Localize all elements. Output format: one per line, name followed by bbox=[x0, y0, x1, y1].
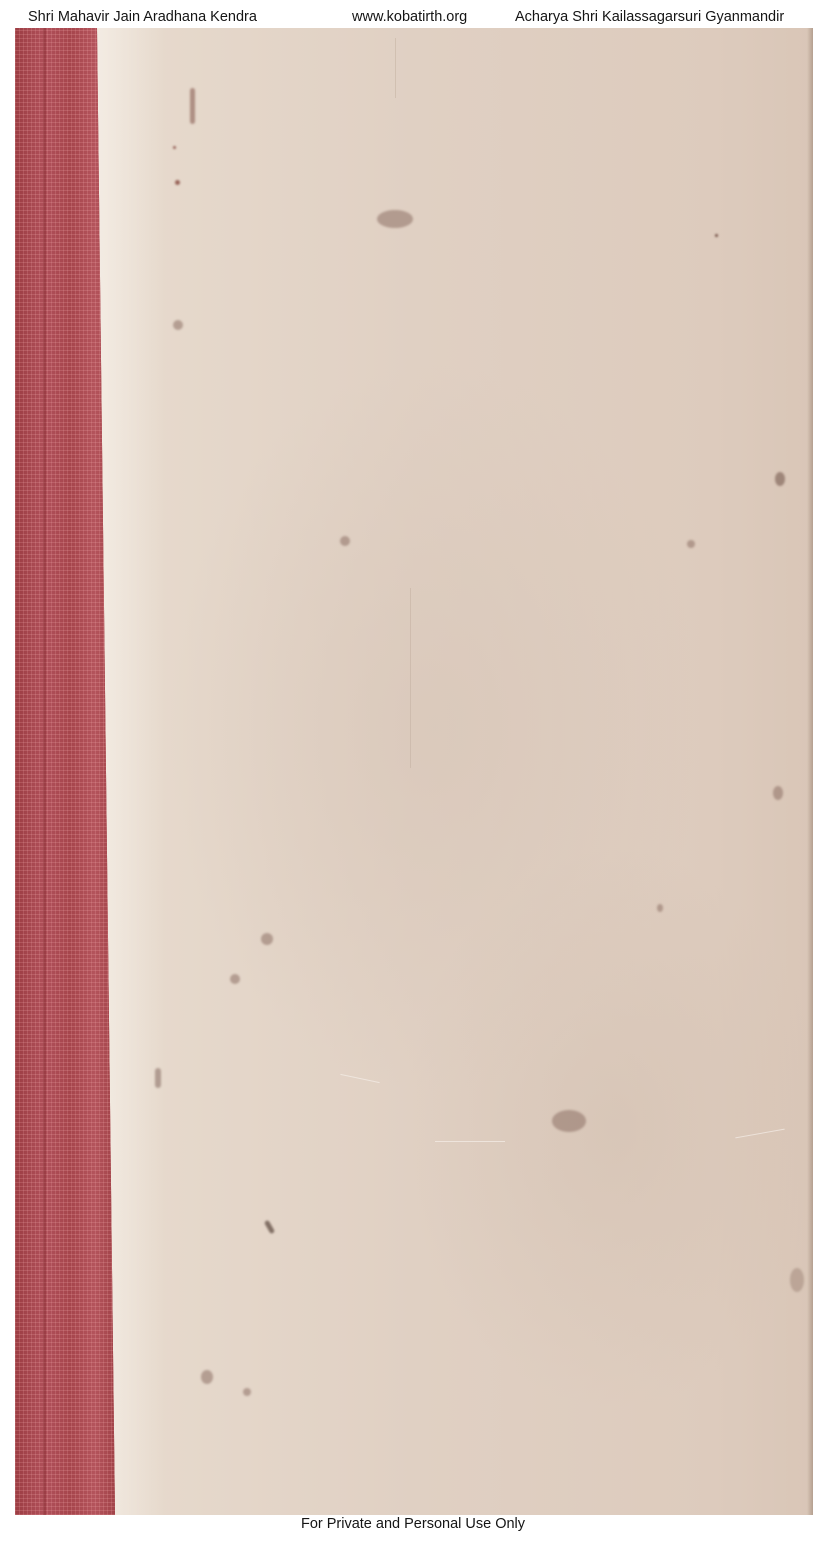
stain-spot bbox=[657, 904, 663, 912]
spine-fold bbox=[43, 28, 46, 1515]
page-header: Shri Mahavir Jain Aradhana Kendra www.ko… bbox=[0, 0, 828, 28]
page-edge bbox=[807, 28, 813, 1515]
stain-spot bbox=[261, 933, 273, 945]
stain-spot bbox=[552, 1110, 586, 1132]
stain-spot bbox=[201, 1370, 213, 1384]
stain-spot bbox=[173, 320, 183, 330]
stain-spot bbox=[340, 536, 350, 546]
paper-crease bbox=[435, 1141, 505, 1142]
stain-spot bbox=[687, 540, 695, 548]
header-website-link[interactable]: www.kobatirth.org bbox=[352, 9, 467, 26]
stain-spot bbox=[790, 1268, 804, 1292]
stain-spot bbox=[264, 1220, 275, 1235]
stain-spot bbox=[715, 234, 718, 237]
scanned-page-image bbox=[15, 28, 813, 1515]
paper-crease bbox=[340, 1074, 379, 1083]
footer-usage-notice: For Private and Personal Use Only bbox=[301, 1516, 525, 1533]
paper-crease bbox=[410, 588, 411, 768]
stain-spot bbox=[230, 974, 240, 984]
paper-crease bbox=[395, 38, 396, 98]
stain-spot bbox=[773, 786, 783, 800]
stain-spot bbox=[173, 146, 176, 149]
stain-spot bbox=[775, 472, 785, 486]
header-library: Acharya Shri Kailassagarsuri Gyanmandir bbox=[515, 9, 784, 26]
stain-spot bbox=[377, 210, 413, 228]
stain-spot bbox=[155, 1068, 161, 1088]
page-footer: For Private and Personal Use Only bbox=[0, 1515, 828, 1543]
stain-spot bbox=[190, 88, 195, 124]
header-institution: Shri Mahavir Jain Aradhana Kendra bbox=[28, 9, 257, 26]
stain-spot bbox=[175, 180, 180, 185]
paper-crease bbox=[735, 1129, 784, 1139]
stain-spot bbox=[243, 1388, 251, 1396]
